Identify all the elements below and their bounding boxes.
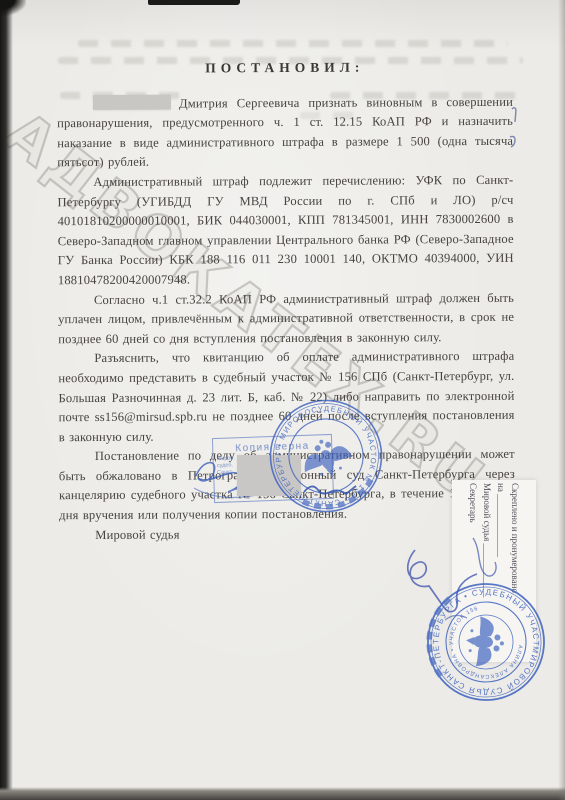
- left-scan-edge: [0, 0, 13, 800]
- paragraph-payment-details: Административный штраф подлежит перечисл…: [57, 171, 514, 291]
- name-redaction-box: [93, 94, 171, 109]
- margin-pen-marks: [498, 105, 528, 165]
- top-scan-mark: [148, 0, 240, 5]
- top-left-scan-corner: [0, 0, 26, 16]
- bleed-through-line: [78, 40, 508, 47]
- ruling-heading: ПОСТАНОВИЛ:: [57, 57, 513, 79]
- right-scan-edge: [558, 0, 565, 800]
- court-seal-large: МИРОВОЙ СУДЬЯ САНКТ-ПЕТЕРБУРГА • СУДЕБНЫ…: [424, 580, 548, 704]
- court-seal-small: СУДЕБНЫЙ УЧАСТОК № 156 • САНКТ-ПЕТЕРБУРГ…: [268, 398, 384, 514]
- double-headed-eagle-emblem: [464, 615, 506, 668]
- scanned-court-ruling-page: АДВОКАТЕХ.RU ПОСТАНОВИЛ: Дмитрия Сергеев…: [0, 0, 565, 800]
- paragraph-operative: Дмитрия Сергеевича признать виновным в с…: [57, 92, 513, 173]
- paragraph-payment-deadline: Согласно ч.1 ст.32.2 КоАП РФ администрат…: [58, 288, 514, 349]
- bottom-scan-edge: [0, 787, 565, 800]
- double-headed-eagle-emblem: [297, 432, 356, 484]
